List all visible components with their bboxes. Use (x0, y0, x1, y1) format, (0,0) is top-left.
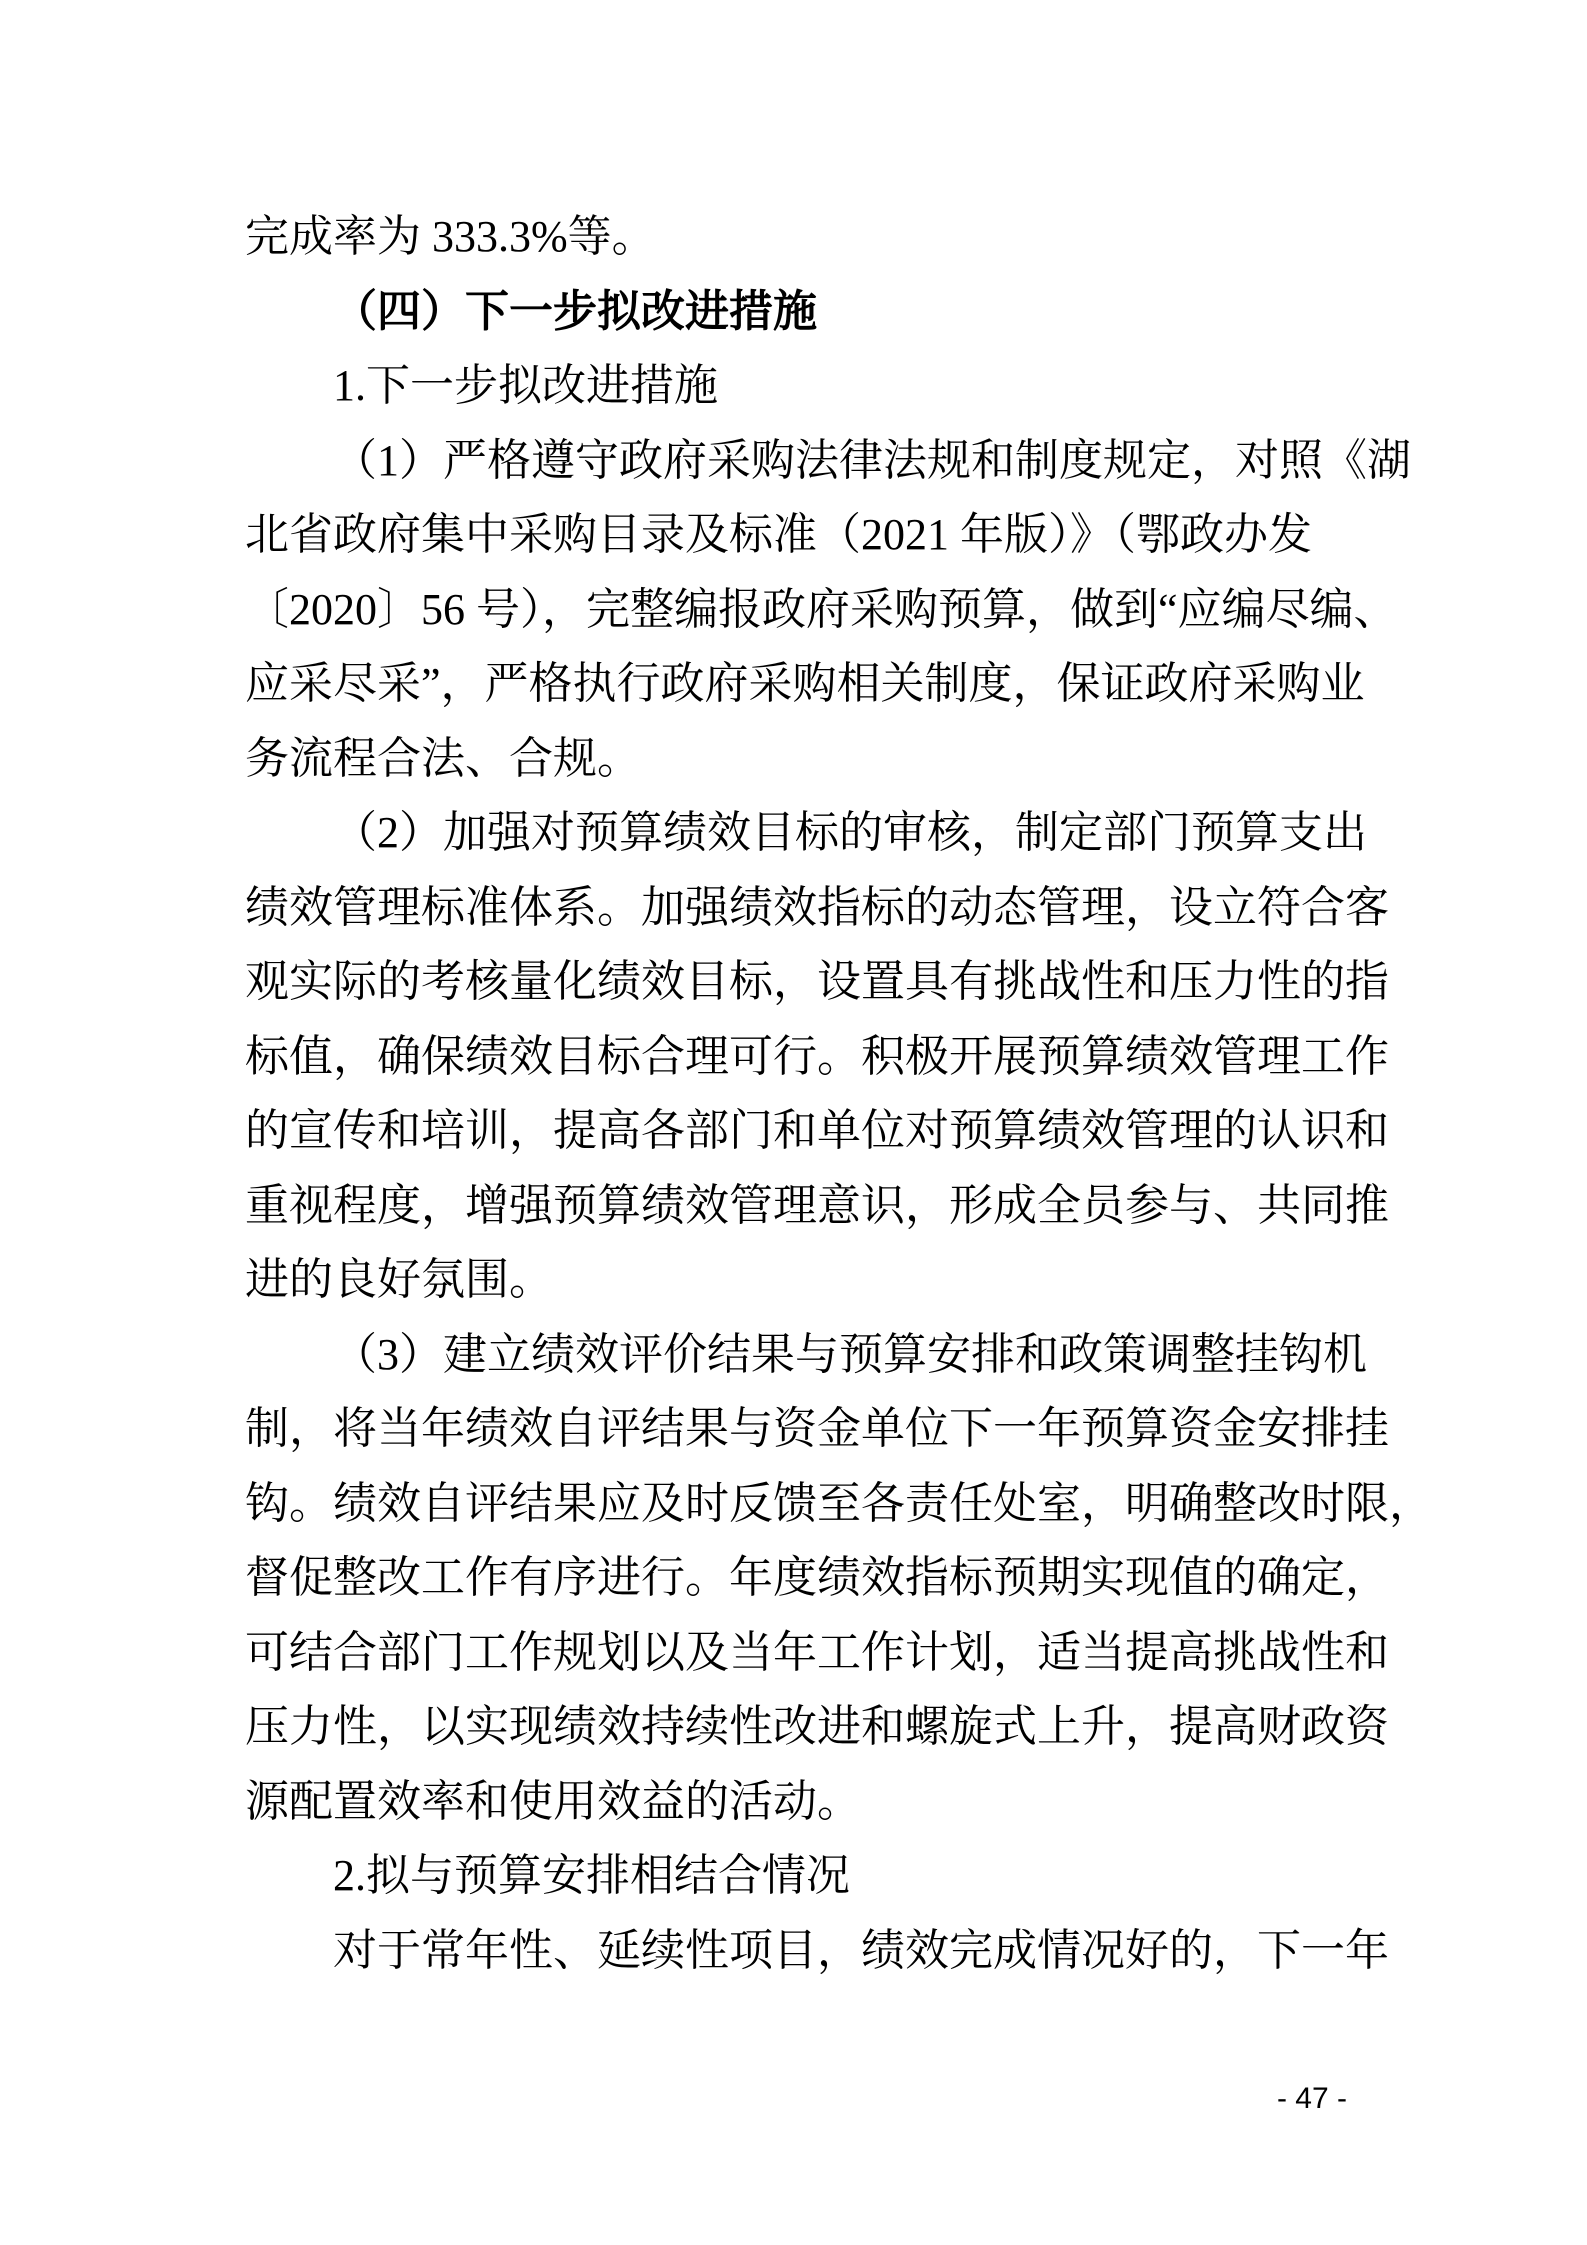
body-line: 务流程合法、合规。 (245, 722, 1349, 797)
body-line: （2）加强对预算绩效目标的审核，制定部门预算支出 (245, 796, 1349, 871)
body-line: 北省政府集中采购目录及标准（2021 年版）》（鄂政办发 (245, 498, 1349, 573)
body-line: 标值，确保绩效目标合理可行。积极开展预算绩效管理工作 (245, 1020, 1349, 1095)
body-line: （3）建立绩效评价结果与预算安排和政策调整挂钩机 (245, 1318, 1349, 1393)
body-line: （1）严格遵守政府采购法律法规和制度规定，对照《湖 (245, 424, 1349, 499)
body-line: 完成率为 333.3%等。 (245, 200, 1349, 275)
body-line: 源配置效率和使用效益的活动。 (245, 1765, 1349, 1840)
body-line: 〔2020〕56 号），完整编报政府采购预算，做到“应编尽编、 (245, 573, 1349, 648)
body-line: 的宣传和培训，提高各部门和单位对预算绩效管理的认识和 (245, 1094, 1349, 1169)
section-heading: （四）下一步拟改进措施 (245, 275, 1349, 350)
document-page: 完成率为 333.3%等。 （四）下一步拟改进措施 1.下一步拟改进措施 （1）… (0, 0, 1587, 2245)
sub-heading: 1.下一步拟改进措施 (245, 349, 1349, 424)
body-line: 可结合部门工作规划以及当年工作计划，适当提高挑战性和 (245, 1616, 1349, 1691)
body-line: 应采尽采”，严格执行政府采购相关制度，保证政府采购业 (245, 647, 1349, 722)
body-line: 观实际的考核量化绩效目标，设置具有挑战性和压力性的指 (245, 945, 1349, 1020)
body-line: 制，将当年绩效自评结果与资金单位下一年预算资金安排挂 (245, 1392, 1349, 1467)
body-line: 绩效管理标准体系。加强绩效指标的动态管理，设立符合客 (245, 871, 1349, 946)
body-line: 对于常年性、延续性项目，绩效完成情况好的，下一年 (245, 1914, 1349, 1989)
body-line: 督促整改工作有序进行。年度绩效指标预期实现值的确定， (245, 1541, 1349, 1616)
document-body: 完成率为 333.3%等。 （四）下一步拟改进措施 1.下一步拟改进措施 （1）… (245, 200, 1349, 1988)
body-line: 重视程度，增强预算绩效管理意识，形成全员参与、共同推 (245, 1169, 1349, 1244)
page-number: - 47 - (1277, 2082, 1347, 2116)
body-line: 进的良好氛围。 (245, 1243, 1349, 1318)
body-line: 钩。绩效自评结果应及时反馈至各责任处室，明确整改时限， (245, 1467, 1349, 1542)
body-line: 压力性，以实现绩效持续性改进和螺旋式上升，提高财政资 (245, 1690, 1349, 1765)
sub-heading: 2.拟与预算安排相结合情况 (245, 1839, 1349, 1914)
